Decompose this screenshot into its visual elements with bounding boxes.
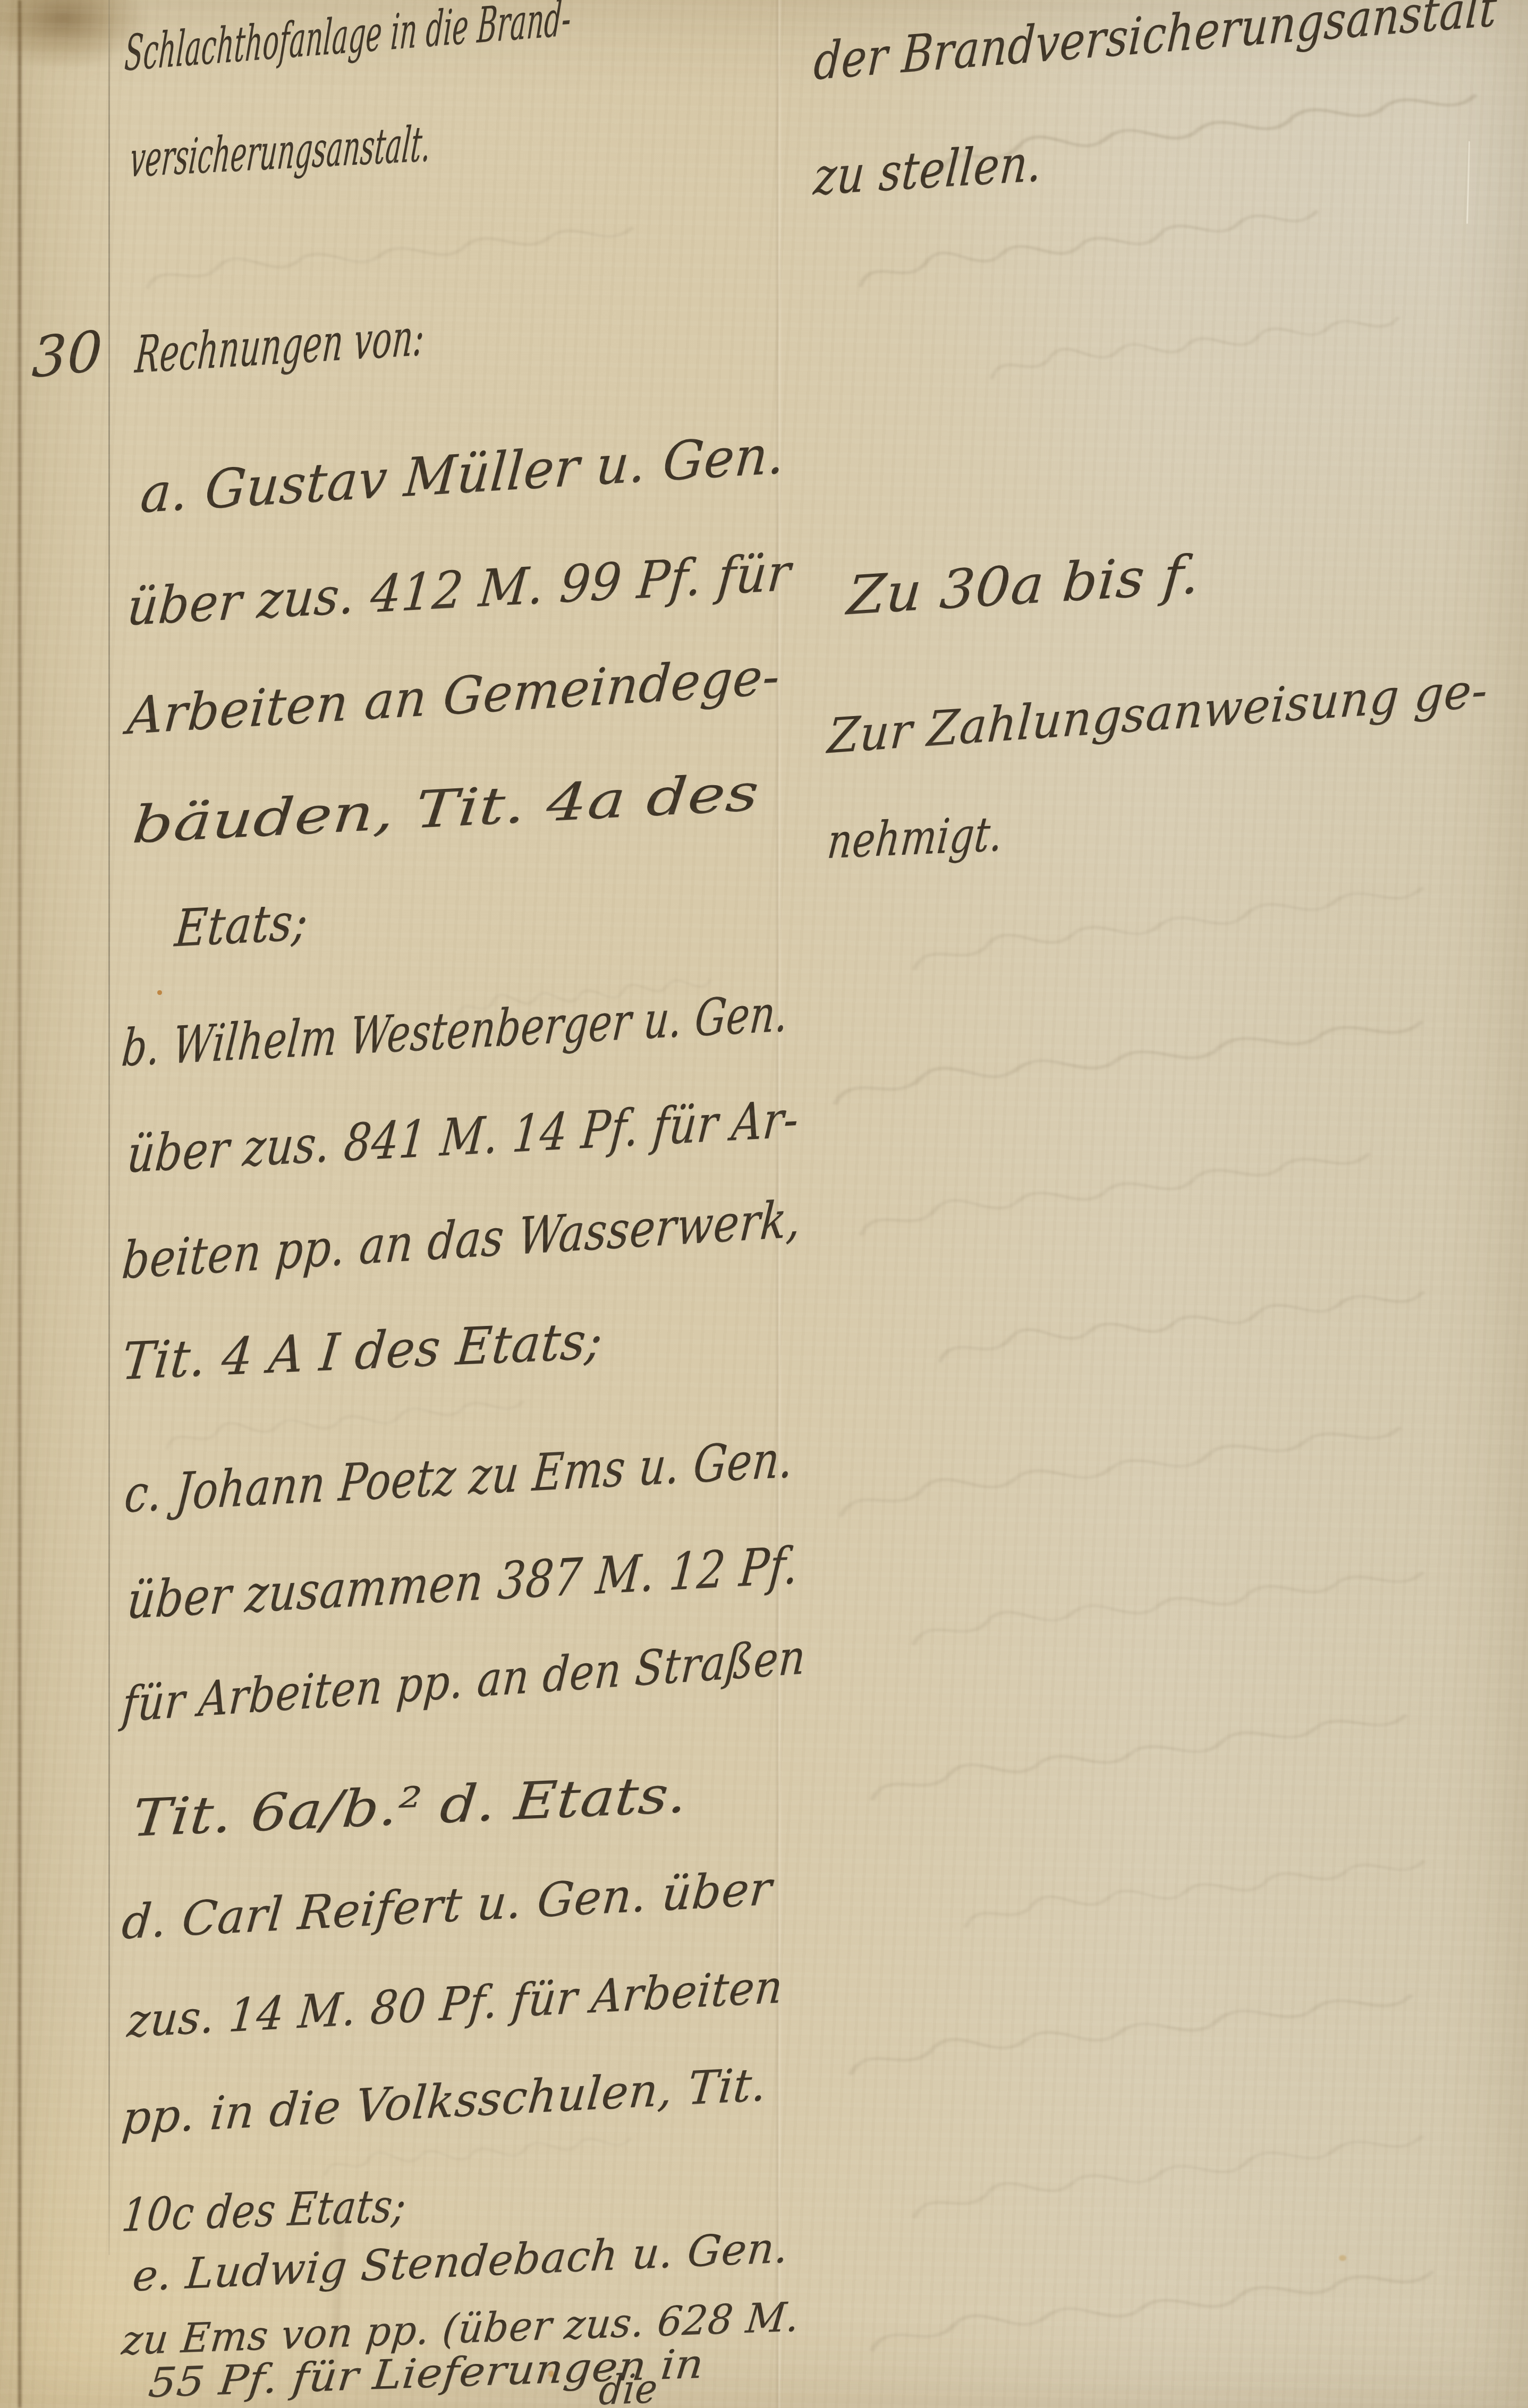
ink-bleedthrough-squiggle xyxy=(853,2254,1452,2364)
ink-bleedthrough-squiggle xyxy=(896,1556,1441,1658)
ink-bleedthrough-squiggle xyxy=(313,2125,643,2186)
ink-bleedthrough-squiggle xyxy=(949,1845,1441,1939)
handwritten-line: d. Carl Reifert u. Gen. über xyxy=(120,1865,774,1946)
handwritten-line: Tit. 6a/b.² d. Etats. xyxy=(130,1768,690,1844)
handwritten-line: Arbeiten an Gemeindege- xyxy=(125,651,782,742)
handwritten-line: 10c des Etats; xyxy=(120,2183,408,2239)
ink-bleedthrough-squiggle xyxy=(843,1137,1388,1248)
ink-bleedthrough-squiggle xyxy=(132,212,650,301)
pencil-margin-rule xyxy=(108,0,110,2255)
handwritten-line: Etats; xyxy=(173,896,310,955)
handwritten-line: Tit. 4 A I des Etats; xyxy=(120,1315,605,1387)
handwritten-line: Rechnungen von: xyxy=(133,311,427,380)
handwritten-line: der Brandversicherungsanstalt xyxy=(812,0,1499,87)
binding-crease xyxy=(18,0,21,2408)
handwritten-line: Zur Zahlungsanweisung ge- xyxy=(826,667,1489,761)
handwritten-line: a. Gustav Müller u. Gen. xyxy=(139,428,787,521)
handwritten-line: Schlachthofanlage in die Brand- xyxy=(123,0,573,78)
paper-scratch xyxy=(1466,141,1470,224)
ink-bleedthrough-squiggle xyxy=(896,2120,1441,2231)
ink-bleedthrough-squiggle xyxy=(816,1005,1441,1117)
handwritten-line: bäuden, Tit. 4a des xyxy=(131,767,761,850)
handwritten-line: zus. 14 M. 80 Pf. für Arbeiten xyxy=(125,1964,785,2044)
handwritten-line: über zusammen 387 M. 12 Pf. xyxy=(125,1540,801,1627)
ink-bleedthrough-squiggle xyxy=(843,195,1336,299)
handwritten-line: beiten pp. an das Wasserwerk, xyxy=(120,1194,803,1287)
ink-bleedthrough-squiggle xyxy=(896,872,1441,982)
ink-bleedthrough-squiggle xyxy=(923,1276,1442,1375)
handwritten-line: über zus. 412 M. 99 Pf. für xyxy=(125,547,793,633)
handwritten-line: nehmigt. xyxy=(826,810,1005,866)
handwritten-line: über zus. 841 M. 14 Pf. für Ar- xyxy=(125,1094,801,1180)
handwritten-line: pp. in die Volksschulen, Tit. xyxy=(120,2062,769,2141)
paper-fleck xyxy=(157,990,162,995)
handwritten-line: Zu 30a bis f. xyxy=(845,548,1202,623)
ink-bleedthrough-squiggle xyxy=(854,1699,1425,1813)
ink-bleedthrough-squiggle xyxy=(976,303,1415,391)
handwritten-line: b. Wilhelm Westenberger u. Gen. xyxy=(120,988,791,1074)
handwritten-line: zu stellen. xyxy=(812,137,1044,202)
handwritten-line: versicherungsanstalt. xyxy=(128,120,433,184)
item-number: 30 xyxy=(31,322,104,386)
ink-bleedthrough-squiggle xyxy=(832,1978,1431,2088)
handwritten-line: die xyxy=(597,2368,660,2408)
handwritten-line: für Arbeiten pp. an den Straßen xyxy=(121,1633,808,1730)
paper-fleck xyxy=(1339,2255,1346,2261)
ink-bleedthrough-squiggle xyxy=(822,1410,1421,1530)
manuscript-page: 30 Schlachthofanlage in die Brand-versic… xyxy=(0,0,1528,2408)
